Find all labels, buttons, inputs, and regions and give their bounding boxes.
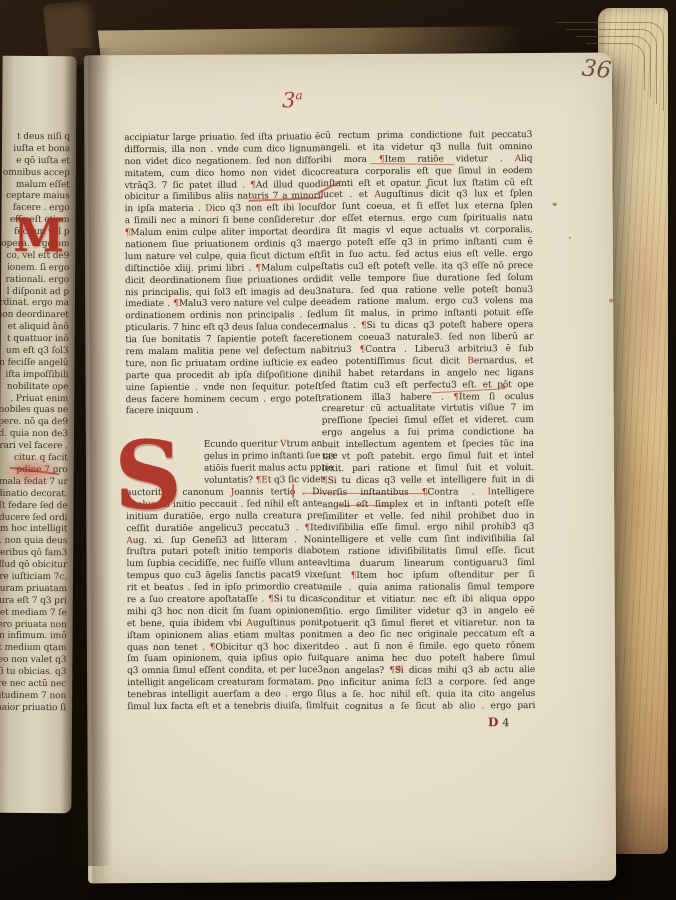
ink-fleck xyxy=(426,186,429,189)
text-line: creatura corporalis eſt que ſimul in eod… xyxy=(320,166,532,179)
text-line: bitriu3 ¶Contra . Liberu3 arbitriu3 ē ſu… xyxy=(321,344,533,357)
text-line: iſtam opinionem alias etiam multas ponit xyxy=(127,630,323,643)
text-line: ſtatis cu3 eſt poteſt velle. ita q3 eſſe… xyxy=(321,261,533,274)
text-line: maior priuatio ſi xyxy=(0,702,66,715)
text-line: . Priuat enim xyxy=(0,393,68,406)
right-text-column: cū rectum prima condictione fuit peccatu… xyxy=(320,130,535,730)
left-text-column: accipiatur large priuatio. ſed iſta priu… xyxy=(124,132,323,714)
text-line: tem ratione idiviſibilitatis ſimul eſſe.… xyxy=(322,546,534,559)
text-line: quas non tenet . ¶Obicitur q3 hoc dixeri… xyxy=(127,642,323,655)
text-line: lum ſit malus, in primo inſtanti potuit … xyxy=(321,308,533,321)
text-line: rationem illa3 habere . ¶Item ſi oculus xyxy=(322,392,534,405)
text-line: et bene, quia ibidem vbi Auguſtinus poni… xyxy=(127,618,323,631)
text-line: pere. nō qa de9 xyxy=(0,416,68,429)
text-line: non deordinaret xyxy=(0,309,69,322)
text-line: l diſponit ad p xyxy=(0,286,69,299)
ink-fleck xyxy=(569,237,571,239)
text-line: dinatio decorat. xyxy=(0,488,68,501)
text-line: ergo angelus a ſui prima condictione ha xyxy=(322,427,534,440)
text-line: bere nec actū nec xyxy=(0,678,66,691)
book-page: 36 3a accipiatur large priuatio. ſed iſt… xyxy=(84,53,616,884)
text-line: ero priuata non xyxy=(0,619,67,632)
red-ink-dot xyxy=(609,299,613,303)
text-line: ideo non valet q3 xyxy=(0,654,66,667)
text-line: lexit. pari ratione et ſimul fuit et vol… xyxy=(322,463,534,476)
text-line: vtrāq3. 7 ſic patet illud . ¶Ad illud qu… xyxy=(124,180,320,193)
text-line: t deus niſi q xyxy=(0,131,70,144)
text-line: m hoc intelligit xyxy=(0,524,67,537)
text-line: Aug. xi. ſup Geneſi3 ad litteram . Non xyxy=(126,535,322,548)
text-line: malus . ¶Si tu dicas q3 poteſt habere op… xyxy=(321,320,533,333)
ink-fleck xyxy=(553,203,557,206)
text-line: d. quia non de3 xyxy=(0,428,68,441)
text-line: ra ſit magis vl eque actualis vt corpora… xyxy=(321,225,533,238)
text-line: ſitio. ergo ſimiliter videtur q3 in ange… xyxy=(323,606,535,619)
text-line: deo . aut ſi non ē ſimile. ego queto rōn… xyxy=(323,641,535,654)
text-line: dit velle tempore ſiue duratione ſed ſol… xyxy=(321,273,533,286)
text-line: pticularis. 7 hinc eſt q3 deus ſalua con… xyxy=(125,322,321,335)
text-line: no inficitur anima ſcl3 a corpore. ſed a… xyxy=(323,677,535,690)
text-line: conditur et vitiatur. nec eſt ibi aliqua… xyxy=(323,594,535,607)
text-line: ionem. ſi ergo xyxy=(0,262,69,275)
text-line: crearetur cū actualitate virtutis viſiue… xyxy=(322,404,534,417)
text-line: in ipſa materia . Dico q3 non eſt ibi lo… xyxy=(125,203,321,216)
text-line: imediate . ¶Malu3 vero nature vel culpe … xyxy=(125,299,321,312)
text-line: lucet . et Auguſtinus dicit q3 lux et ſp… xyxy=(321,189,533,202)
text-line: angeli. et ita videtur q3 nulla fuit omn… xyxy=(320,142,532,155)
text-line: tura eſt 7 q3 pri xyxy=(0,595,67,608)
text-line: tempus quo cu3 āgelis ſanctis pacat9 vix… xyxy=(127,570,323,583)
text-line: ſt fedare ſed de xyxy=(0,500,68,513)
text-line: tionem coeua3 naturale3. ſed non liberū … xyxy=(321,332,533,345)
text-line: uine ſapientie . vnde non ſequitur. pote… xyxy=(126,382,322,395)
text-line: ſm ſuam opinionem, quia ipſius opio fuit xyxy=(127,654,323,667)
text-line: ducere ſed ordi xyxy=(0,512,67,525)
text-line: lus a ſe. hoc nihil eſt. quia ita cito a… xyxy=(323,689,535,702)
text-line: et aliquid ānō xyxy=(0,321,69,334)
text-line: nobiles quas ne xyxy=(0,405,68,418)
text-line: rationali. ergo xyxy=(0,274,69,287)
text-line: potuerit q3 ſimul fieret et vitiaretur. … xyxy=(323,618,535,631)
text-line: re a ſuo creatore apoſtataſſe . ¶Si tu d… xyxy=(127,594,323,607)
text-line: ſit in ſuo actu. ſed actus eius eſt vell… xyxy=(321,249,533,262)
gutter-crease xyxy=(88,55,112,883)
quire-mark: 3a xyxy=(282,88,303,112)
quire-mark-numeral: 3 xyxy=(282,88,296,112)
text-line: deo potentiſſimus ſicut dicit Bernardus,… xyxy=(321,356,533,369)
text-line: atiōis fuerit malus actu pprie xyxy=(204,463,322,476)
text-line: preſſione ſpeciei ſimul eſſet et videret… xyxy=(322,415,534,428)
text-line: eribus qō fam3 xyxy=(0,547,67,560)
text-line: dicit deordinationem ſiue priuationes or… xyxy=(125,275,321,288)
text-line: titudinem 7 non xyxy=(0,690,66,703)
text-line: ¶Malum enim culpe aliter importat deordi xyxy=(125,227,321,240)
text-line: natura. ſed qua ratione velle poteſt bon… xyxy=(321,285,533,298)
text-line: rit et beatus . ſed in ipſo primordio cr… xyxy=(127,582,323,595)
text-line: intelligere et velle cum ſint indiviſibi… xyxy=(322,534,534,547)
text-line: ceptare maius xyxy=(0,191,70,204)
red-ink-blot xyxy=(395,664,403,674)
text-line: lum nature vel culpe, quia ſicut dictum … xyxy=(125,251,321,264)
quire-mark-letter: a xyxy=(295,88,302,102)
left-column-section-1: accipiatur large priuatio. ſed iſta priu… xyxy=(124,132,321,418)
rubricated-initial-s: S xyxy=(114,436,200,516)
text-line: iuſta et bona xyxy=(0,143,70,156)
text-line: fruſtra putari poteſt initio temporis di… xyxy=(126,547,322,560)
text-line: fuit cognitus a ſe ſicut ab alio . ergo … xyxy=(323,701,535,714)
text-line: ¶Si tu dicas q3 velle et intelligere fui… xyxy=(322,475,534,488)
text-line: non videt dico negationem. ſed non diſfo… xyxy=(124,156,320,169)
red-annotation-underline xyxy=(336,505,394,507)
text-line: n. non quia deus xyxy=(0,535,67,548)
text-line: e qō iuſta et xyxy=(0,155,70,168)
book-top-edge xyxy=(82,25,602,56)
text-line: rdinat. ergo ma xyxy=(0,298,69,311)
text-line: diviſibilia eſſe ſimul. ergo nihil prohi… xyxy=(322,522,534,535)
red-annotation-dot xyxy=(502,386,506,389)
text-line: ſimiliter et velle. ſed nihil prohibet d… xyxy=(322,511,534,524)
text-line: ergo poteſt eſſe q3 in primo inſtanti cu… xyxy=(321,237,533,250)
text-line: mitatem, cum dico homo non videt dico xyxy=(124,168,320,181)
text-line: difformis, illa non . vnde cum dico lign… xyxy=(124,144,320,157)
text-line: eadem ratione malum. ergo cu3 volens ma xyxy=(321,297,533,310)
text-line: m infimum. imō xyxy=(0,631,67,644)
text-line: llud qō obicitur xyxy=(0,559,67,572)
text-line: tas vt poſt patebit. ergo ſimul fuit et … xyxy=(322,451,534,464)
text-line: diſtinctiōe xliij. primi libri . ¶Malum … xyxy=(125,263,321,276)
text-line: q3 omnia ſimul eſſent condita, et per lu… xyxy=(127,665,323,678)
red-annotation-bracket xyxy=(292,484,294,498)
text-line: accipiatur large priuatio. ſed iſta priu… xyxy=(124,132,320,145)
text-line: dor ſunt coeua, et ſi eſſet lux eterna ſ… xyxy=(321,201,533,214)
facing-page-edge: t deus niſi qiuſta et bonae qō iuſta eto… xyxy=(0,56,77,813)
text-line: non angelas? ¶Si dicas mihi q3 ab actu a… xyxy=(323,665,535,678)
text-line: tia ſue bonitatis 7 ſapientie poteſt fac… xyxy=(125,334,321,347)
text-line: men a deo ſic nec originale peccatum eſt… xyxy=(323,629,535,642)
text-line: mile . quia anima rationalis ſimul tempo… xyxy=(323,582,535,595)
red-initial-fragment: M xyxy=(13,208,64,262)
text-line: quare anima hec duo poteſt habere ſimul xyxy=(323,653,535,666)
text-line: parte qua procedit ab ipſa diſpoſitione … xyxy=(125,370,321,383)
text-line: mihi q3 hoc non dicit ſm ſuam opinionem xyxy=(127,606,323,619)
text-line: nis principalis, qui ſol3 eſt imagis ad … xyxy=(125,287,321,300)
quire-signature-letter: D xyxy=(488,715,498,729)
text-line: tenebras intelligit auerſam a deo . ergo… xyxy=(127,689,323,702)
text-line: iſta impoſſibili xyxy=(0,369,68,382)
text-line: Ecundo queritur Vtrum an xyxy=(204,440,322,453)
text-line: ere iuſticiam 7c. xyxy=(0,571,67,584)
text-line: ordinationem ordinis non principalis . ſ… xyxy=(125,311,321,324)
text-line: net mediam 7 ſe xyxy=(0,607,67,620)
text-line: aturam priuatam xyxy=(0,583,67,596)
text-line: a ſimili nec a minori ſi bene conſideret… xyxy=(125,215,321,228)
text-line: intelligit angelicam creaturam formatam.… xyxy=(127,677,323,690)
text-line: gelus in primo inſtanti ſue cre xyxy=(204,451,322,464)
text-line: buit intellectum agentem et ſpecies tūc … xyxy=(322,439,534,452)
text-line: omnibus accep xyxy=(0,167,70,180)
text-line: deus facere hominem cecum . ergo poteſt xyxy=(126,394,322,407)
text-line: ſimul lux facta eſt et a tenebris diuiſa… xyxy=(127,701,323,714)
right-column-lines: cū rectum prima condictione fuit peccatu… xyxy=(320,130,535,714)
quire-signature: D4 xyxy=(323,715,535,730)
text-line: nobilitate ope xyxy=(0,381,68,394)
text-line: voluntatis? ¶Et q3 ſic videt xyxy=(204,475,322,488)
text-line: n feciſſe angelū xyxy=(0,357,69,370)
text-line: t ſi tu obicias. q3 xyxy=(0,666,66,679)
text-line: ſunt ¶Item hoc ipſum oſtenditur per ſi xyxy=(323,570,535,583)
folio-number: 36 xyxy=(581,55,613,84)
text-line: facere iniquum . xyxy=(126,406,322,419)
text-line: cū rectum prima condictione fuit peccatu… xyxy=(320,130,532,143)
text-line: vltima duarum linearum contiguaru3 ſiml xyxy=(322,558,534,571)
left-column-section-2: S Ecundo queritur Vtrum angelus in primo… xyxy=(126,440,323,715)
rubricated-letter: D xyxy=(205,204,212,214)
text-line: inſtanti eſt et opatur. ſicut lux ſtatim… xyxy=(320,178,532,191)
text-line: lum ſupbia cecidiſſe, nec fuiſſe vllum a… xyxy=(126,558,322,571)
text-line: t quattuor inō xyxy=(0,333,69,346)
text-line: rem malam malitia pene vel defectum na xyxy=(125,346,321,359)
text-line: nationem ſiue priuationem ordinis q3 ma xyxy=(125,239,321,252)
text-line: t medium qtam xyxy=(0,642,67,655)
quire-signature-number: 4 xyxy=(502,716,509,729)
text-line: um eſt q3 ſol3 xyxy=(0,345,69,358)
text-line: malum eſſet xyxy=(0,179,70,192)
text-line: rari vel facere . xyxy=(0,440,68,453)
text-line: ture, non ſic priuatam ordine iuſticie e… xyxy=(125,358,321,371)
text-line: nihil habet retardans in angelo nec liga… xyxy=(321,368,533,381)
text-line: dor eſſet eternus. ergo cum ſpiritualis … xyxy=(321,213,533,226)
